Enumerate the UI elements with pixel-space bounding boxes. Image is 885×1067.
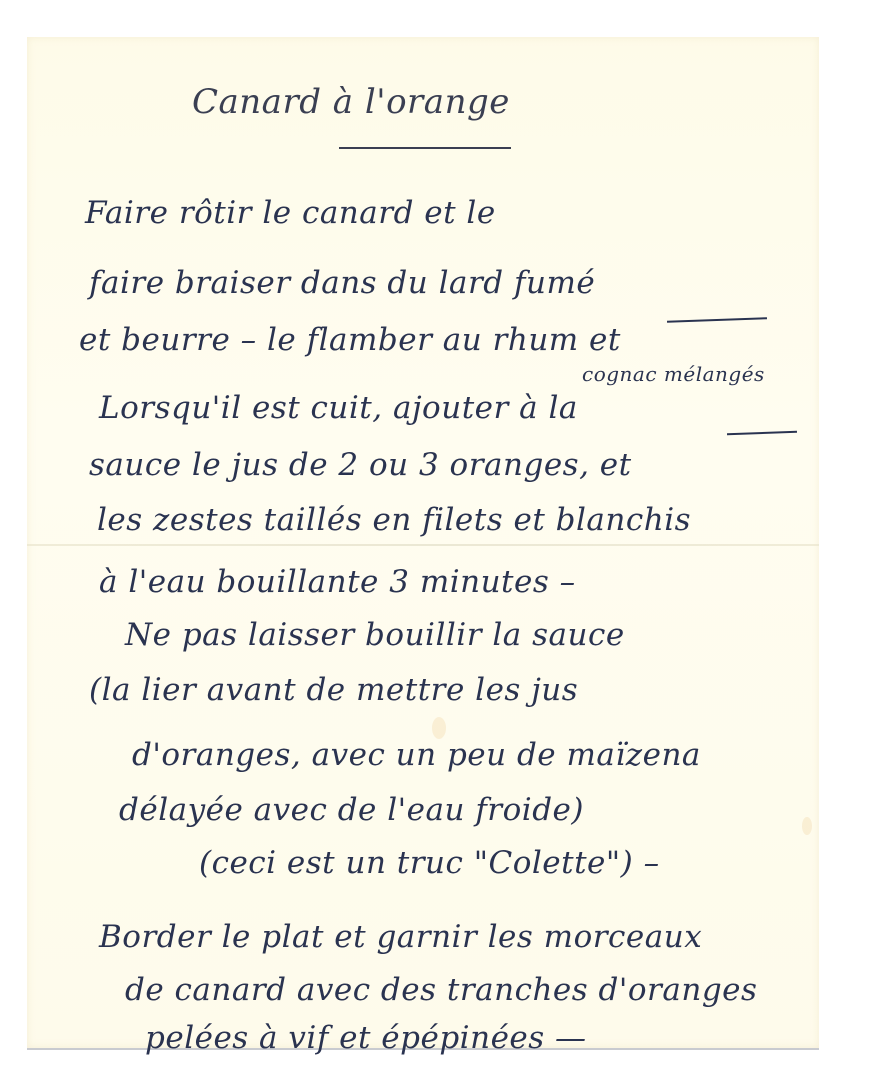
recipe-line: d'oranges, avec un peu de maïzena xyxy=(132,737,701,773)
recipe-line: Lorsqu'il est cuit, ajouter à la xyxy=(99,390,578,426)
paper-stain xyxy=(432,717,446,739)
recipe-line: Ne pas laisser bouillir la sauce xyxy=(125,617,625,653)
recipe-line: sauce le jus de 2 ou 3 oranges, et xyxy=(89,447,632,483)
recipe-line: les zestes taillés en filets et blanchis xyxy=(97,502,691,538)
recipe-line: et beurre – le flamber au rhum et xyxy=(79,322,621,358)
recipe-line: Faire rôtir le canard et le xyxy=(85,195,496,231)
recipe-line: de canard avec des tranches d'oranges xyxy=(125,972,757,1008)
recipe-insertion: cognac mélangés xyxy=(582,362,765,386)
insertion-mark xyxy=(667,317,767,322)
recipe-line: pelées à vif et épépinées — xyxy=(145,1020,587,1056)
recipe-line: à l'eau bouillante 3 minutes – xyxy=(99,564,576,600)
recipe-line: (la lier avant de mettre les jus xyxy=(89,672,578,708)
recipe-line: délayée avec de l'eau froide) xyxy=(119,792,584,828)
handwritten-recipe-card: Canard à l'orange Faire rôtir le canard … xyxy=(27,37,819,1050)
paper-fold-crease xyxy=(27,544,819,546)
recipe-line: (ceci est un truc "Colette") – xyxy=(199,845,660,881)
recipe-line: faire braiser dans du lard fumé xyxy=(89,265,595,301)
recipe-title: Canard à l'orange xyxy=(192,82,510,122)
paper-stain xyxy=(802,817,812,835)
insertion-mark xyxy=(727,431,797,435)
title-underline xyxy=(339,147,511,149)
recipe-line: Border le plat et garnir les morceaux xyxy=(99,919,702,955)
